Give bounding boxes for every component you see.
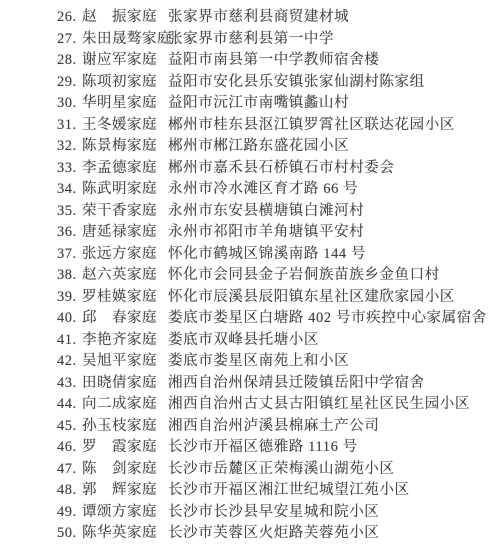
family-name: 郭 辉家庭 xyxy=(82,480,168,502)
family-name: 向二成家庭 xyxy=(82,394,168,416)
family-name: 罗桂媖家庭 xyxy=(82,287,168,309)
family-name: 田晓倩家庭 xyxy=(82,373,168,395)
list-item: 36.唐延禄家庭永州市祁阳市羊角塘镇平安村 xyxy=(57,222,491,244)
row-number: 45. xyxy=(57,416,82,438)
list-item: 49.谭颂方家庭长沙市长沙县早安星城和院小区 xyxy=(57,502,491,524)
row-number: 27. xyxy=(57,29,82,51)
family-name: 华明星家庭 xyxy=(82,93,168,115)
row-number: 29. xyxy=(57,72,82,94)
list-item: 50.陈华英家庭长沙市芙蓉区火炬路芙蓉苑小区 xyxy=(57,523,491,545)
family-name: 陈景梅家庭 xyxy=(82,136,168,158)
family-address: 益阳市沅江市南嘴镇蠡山村 xyxy=(168,93,491,115)
family-address: 益阳市南县第一中学教师宿舍楼 xyxy=(168,50,491,72)
family-name: 谭颂方家庭 xyxy=(82,502,168,524)
list-item: 42.吴旭平家庭娄底市娄星区南苑上和小区 xyxy=(57,351,491,373)
family-name: 唐延禄家庭 xyxy=(82,222,168,244)
family-address: 长沙市岳麓区正荣梅溪山湖苑小区 xyxy=(168,459,491,481)
row-number: 36. xyxy=(57,222,82,244)
family-address: 郴州市郴江路东盛花园小区 xyxy=(168,136,491,158)
family-address: 长沙市开福区德雅路 1116 号 xyxy=(168,437,491,459)
family-name: 陈武明家庭 xyxy=(82,179,168,201)
row-number: 28. xyxy=(57,50,82,72)
family-address: 怀化市会同县金子岩侗族苗族乡金鱼口村 xyxy=(168,265,491,287)
family-name: 陈 剑家庭 xyxy=(82,459,168,481)
family-name: 孙玉枝家庭 xyxy=(82,416,168,438)
family-address: 怀化市辰溪县辰阳镇东星社区建欣家园小区 xyxy=(168,287,491,309)
family-name: 吴旭平家庭 xyxy=(82,351,168,373)
row-number: 44. xyxy=(57,394,82,416)
family-name: 陈华英家庭 xyxy=(82,523,168,545)
family-name: 朱田晟骜家庭 xyxy=(82,29,168,51)
row-number: 40. xyxy=(57,308,82,330)
list-item: 48.郭 辉家庭长沙市开福区湘江世纪城望江苑小区 xyxy=(57,480,491,502)
row-number: 50. xyxy=(57,523,82,545)
family-name: 李孟德家庭 xyxy=(82,158,168,180)
row-number: 37. xyxy=(57,244,82,266)
row-number: 48. xyxy=(57,480,82,502)
list-item: 44.向二成家庭湘西自治州古丈县古阳镇红星社区民生园小区 xyxy=(57,394,491,416)
list-item: 32.陈景梅家庭郴州市郴江路东盛花园小区 xyxy=(57,136,491,158)
list-item: 34.陈武明家庭永州市冷水滩区育才路 66 号 xyxy=(57,179,491,201)
family-address: 娄底市娄星区南苑上和小区 xyxy=(168,351,491,373)
row-number: 39. xyxy=(57,287,82,309)
family-name: 赵六英家庭 xyxy=(82,265,168,287)
list-item: 28.谢应军家庭益阳市南县第一中学教师宿舍楼 xyxy=(57,50,491,72)
row-number: 31. xyxy=(57,115,82,137)
family-address: 娄底市娄星区白塘路 402 号市疾控中心家属宿舍 xyxy=(168,308,491,330)
list-item: 39.罗桂媖家庭怀化市辰溪县辰阳镇东星社区建欣家园小区 xyxy=(57,287,491,309)
row-number: 49. xyxy=(57,502,82,524)
family-address: 张家界市慈利县第一中学 xyxy=(168,29,491,51)
list-item: 43.田晓倩家庭湘西自治州保靖县迁陵镇岳阳中学宿舍 xyxy=(57,373,491,395)
list-item: 47.陈 剑家庭长沙市岳麓区正荣梅溪山湖苑小区 xyxy=(57,459,491,481)
family-name: 罗 霞家庭 xyxy=(82,437,168,459)
family-address: 长沙市长沙县早安星城和院小区 xyxy=(168,502,491,524)
list-item: 29.陈项初家庭益阳市安化县乐安镇张家仙湖村陈家组 xyxy=(57,72,491,94)
row-number: 30. xyxy=(57,93,82,115)
list-item: 33.李孟德家庭郴州市嘉禾县石桥镇石市村村委会 xyxy=(57,158,491,180)
family-address: 永州市冷水滩区育才路 66 号 xyxy=(168,179,491,201)
family-address: 永州市祁阳市羊角塘镇平安村 xyxy=(168,222,491,244)
row-number: 42. xyxy=(57,351,82,373)
list-item: 40.邱 春家庭娄底市娄星区白塘路 402 号市疾控中心家属宿舍 xyxy=(57,308,491,330)
family-address: 郴州市桂东县沤江镇罗霄社区联达花园小区 xyxy=(168,115,491,137)
list-item: 30.华明星家庭益阳市沅江市南嘴镇蠡山村 xyxy=(57,93,491,115)
family-name: 荣干香家庭 xyxy=(82,201,168,223)
list-item: 31.王冬媛家庭郴州市桂东县沤江镇罗霄社区联达花园小区 xyxy=(57,115,491,137)
list-item: 37.张远方家庭怀化市鹤城区锦溪南路 144 号 xyxy=(57,244,491,266)
family-name: 赵 振家庭 xyxy=(82,7,168,29)
family-address: 湘西自治州保靖县迁陵镇岳阳中学宿舍 xyxy=(168,373,491,395)
family-address: 娄底市双峰县托塘小区 xyxy=(168,330,491,352)
list-item: 45.孙玉枝家庭湘西自治州泸溪县棉麻土产公司 xyxy=(57,416,491,438)
family-address: 湘西自治州古丈县古阳镇红星社区民生园小区 xyxy=(168,394,491,416)
family-address: 永州市东安县横塘镇白滩河村 xyxy=(168,201,491,223)
family-address: 郴州市嘉禾县石桥镇石市村村委会 xyxy=(168,158,491,180)
list-item: 26.赵 振家庭张家界市慈利县商贸建材城 xyxy=(57,7,491,29)
list-item: 35.荣干香家庭永州市东安县横塘镇白滩河村 xyxy=(57,201,491,223)
family-address: 长沙市芙蓉区火炬路芙蓉苑小区 xyxy=(168,523,491,545)
row-number: 38. xyxy=(57,265,82,287)
family-name: 王冬媛家庭 xyxy=(82,115,168,137)
family-name: 谢应军家庭 xyxy=(82,50,168,72)
row-number: 26. xyxy=(57,7,82,29)
list-item: 41.李艳齐家庭娄底市双峰县托塘小区 xyxy=(57,330,491,352)
list-item: 46.罗 霞家庭长沙市开福区德雅路 1116 号 xyxy=(57,437,491,459)
family-address: 长沙市开福区湘江世纪城望江苑小区 xyxy=(168,480,491,502)
family-address: 湘西自治州泸溪县棉麻土产公司 xyxy=(168,416,491,438)
family-list: 26.赵 振家庭张家界市慈利县商贸建材城27.朱田晟骜家庭张家界市慈利县第一中学… xyxy=(0,0,499,545)
row-number: 34. xyxy=(57,179,82,201)
row-number: 46. xyxy=(57,437,82,459)
row-number: 33. xyxy=(57,158,82,180)
row-number: 43. xyxy=(57,373,82,395)
list-item: 27.朱田晟骜家庭张家界市慈利县第一中学 xyxy=(57,29,491,51)
family-name: 邱 春家庭 xyxy=(82,308,168,330)
row-number: 32. xyxy=(57,136,82,158)
row-number: 47. xyxy=(57,459,82,481)
list-item: 38.赵六英家庭怀化市会同县金子岩侗族苗族乡金鱼口村 xyxy=(57,265,491,287)
family-name: 李艳齐家庭 xyxy=(82,330,168,352)
family-address: 益阳市安化县乐安镇张家仙湖村陈家组 xyxy=(168,72,491,94)
family-name: 张远方家庭 xyxy=(82,244,168,266)
family-name: 陈项初家庭 xyxy=(82,72,168,94)
family-address: 怀化市鹤城区锦溪南路 144 号 xyxy=(168,244,491,266)
family-address: 张家界市慈利县商贸建材城 xyxy=(168,7,491,29)
row-number: 41. xyxy=(57,330,82,352)
row-number: 35. xyxy=(57,201,82,223)
